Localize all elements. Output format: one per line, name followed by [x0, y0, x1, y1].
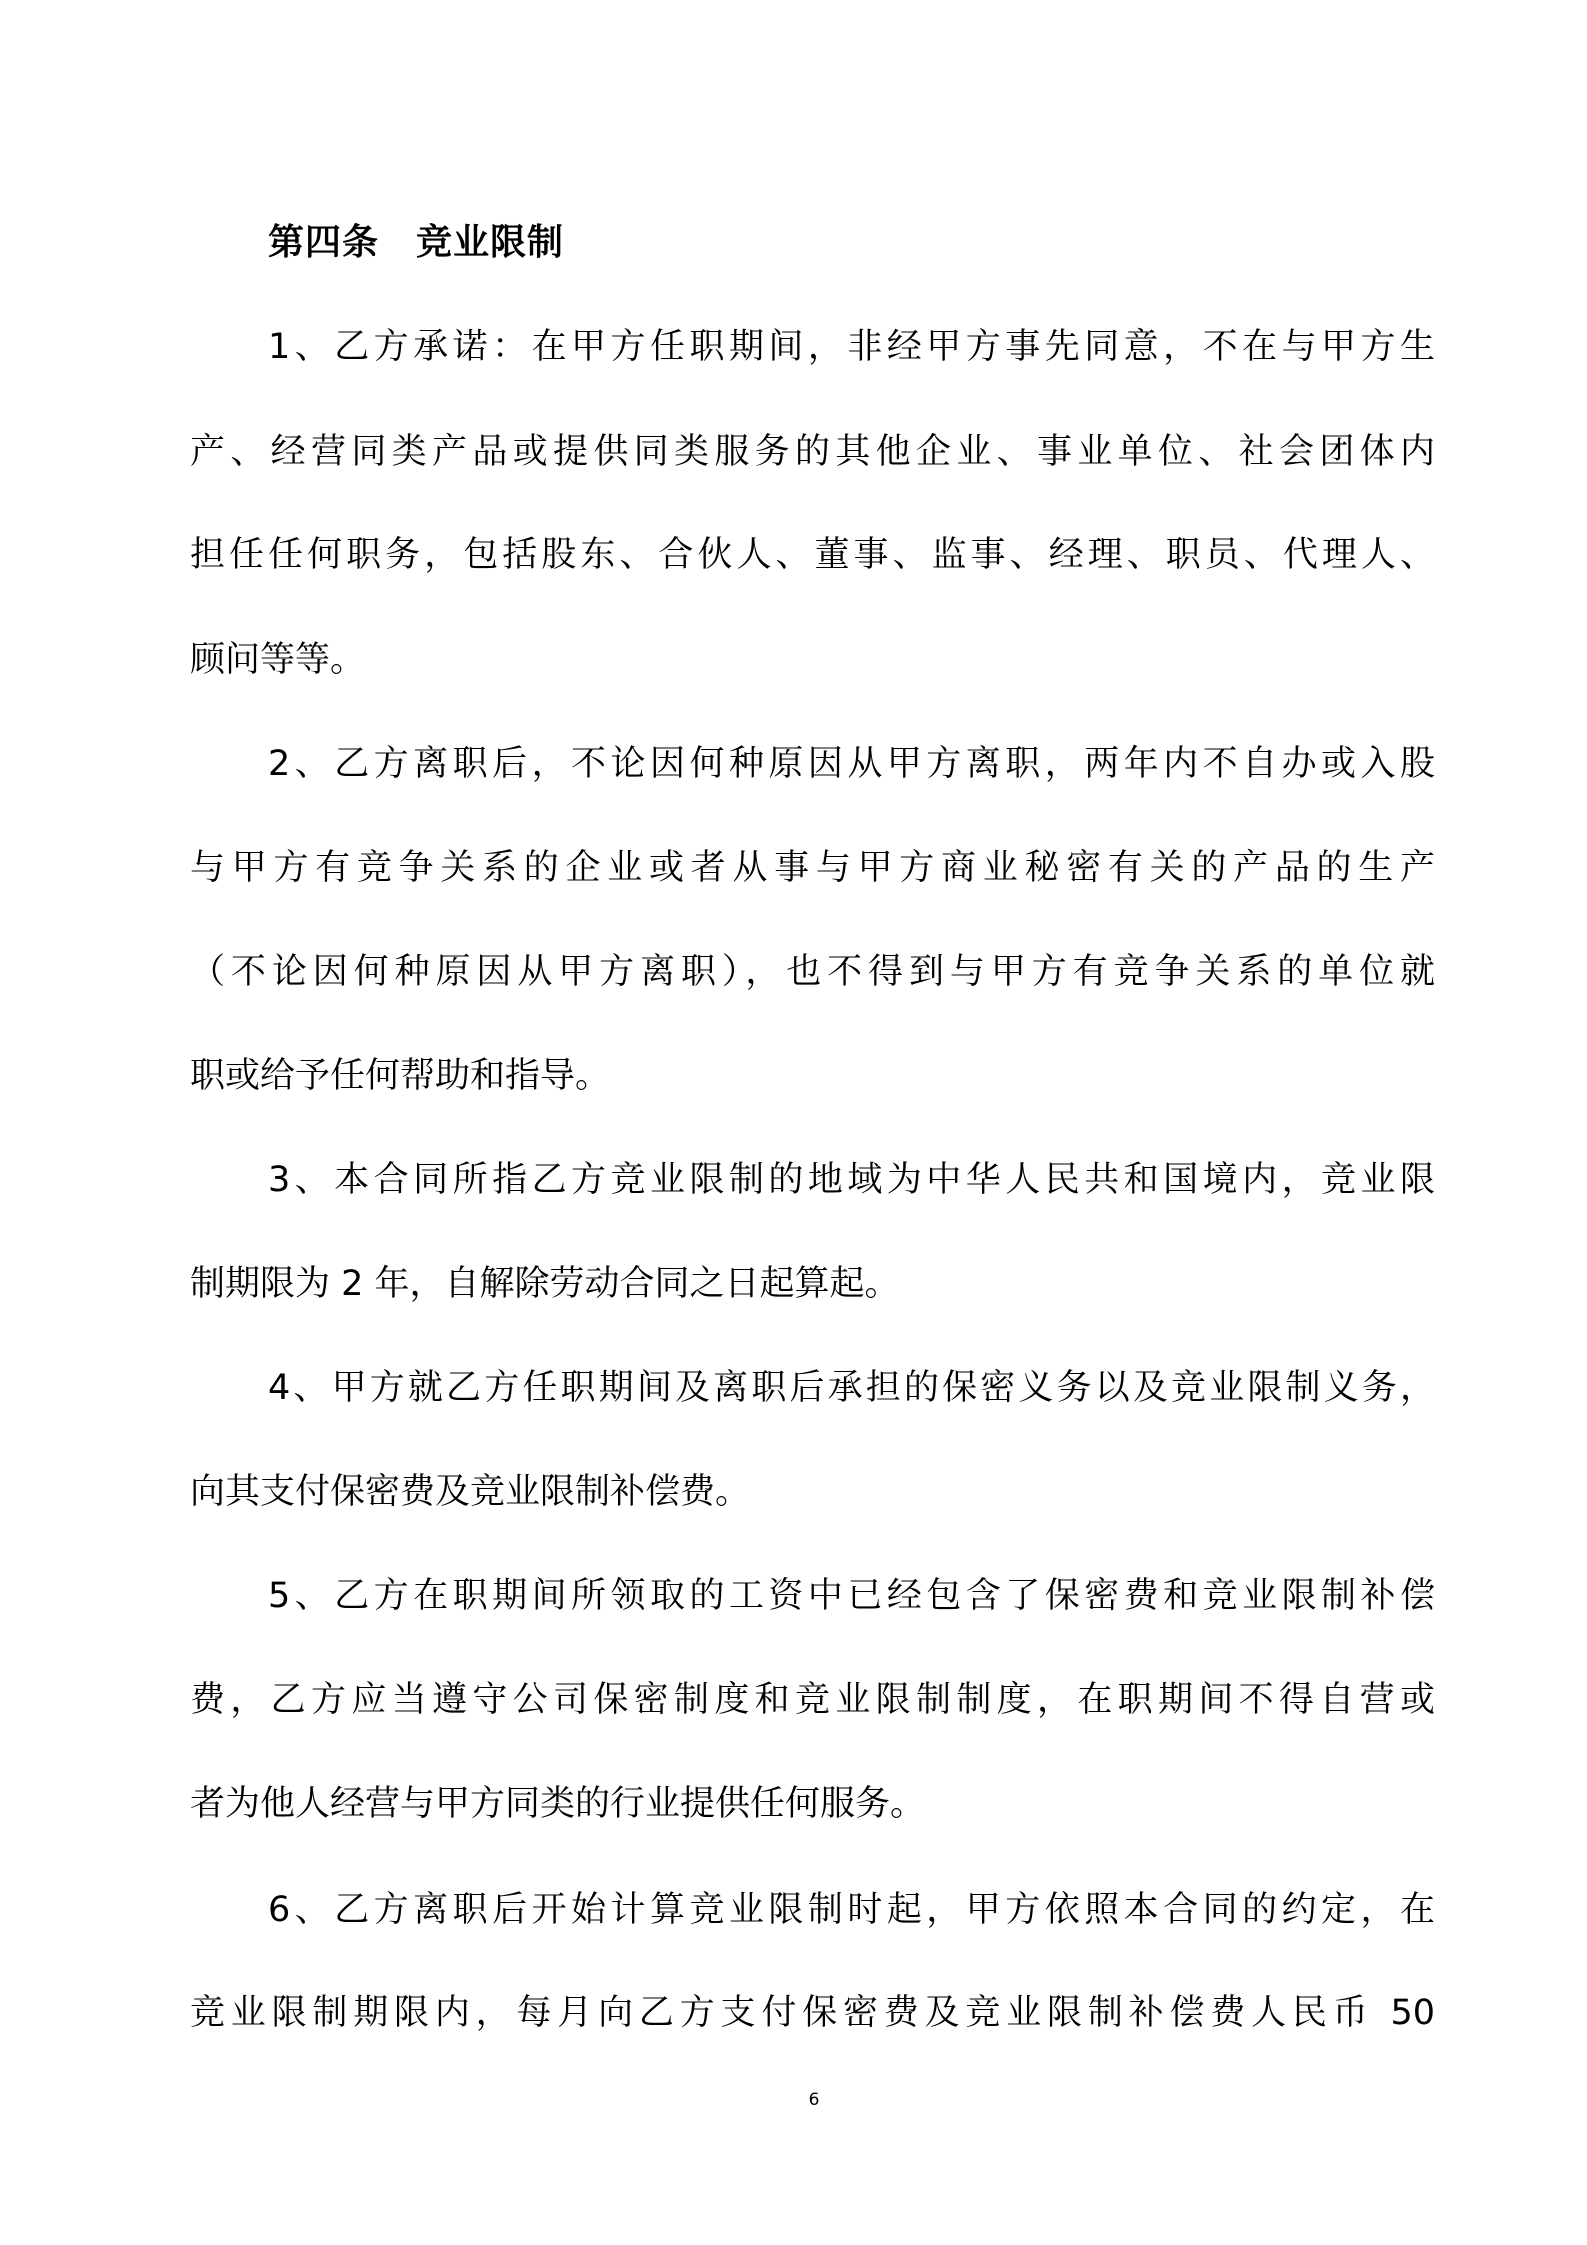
- paragraph-2-line-1: 2、乙方离职后，不论因何种原因从甲方离职，两年内不自办或入股: [268, 739, 1435, 789]
- paragraph-1-line-3: 担任任何职务，包括股东、合伙人、董事、监事、经理、职员、代理人、: [190, 530, 1435, 580]
- paragraph-5-line-1: 5、乙方在职期间所领取的工资中已经包含了保密费和竞业限制补偿: [268, 1571, 1435, 1621]
- paragraph-3-line-2: 制期限为 2 年，自解除劳动合同之日起算起。: [190, 1259, 1435, 1309]
- paragraph-3-line-1: 3、本合同所指乙方竞业限制的地域为中华人民共和国境内，竞业限: [268, 1155, 1435, 1205]
- paragraph-6-line-1: 6、乙方离职后开始计算竞业限制时起，甲方依照本合同的约定，在: [268, 1885, 1435, 1935]
- paragraph-4-line-1: 4、甲方就乙方任职期间及离职后承担的保密义务以及竞业限制义务，: [268, 1363, 1435, 1413]
- paragraph-1-line-4: 顾问等等。: [190, 635, 1435, 685]
- paragraph-5-line-3: 者为他人经营与甲方同类的行业提供任何服务。: [190, 1779, 1435, 1829]
- paragraph-1-line-1: 1、乙方承诺：在甲方任职期间，非经甲方事先同意，不在与甲方生: [268, 322, 1435, 372]
- paragraph-5-line-2: 费，乙方应当遵守公司保密制度和竞业限制制度，在职期间不得自营或: [190, 1675, 1435, 1725]
- paragraph-2-line-2: 与甲方有竞争关系的企业或者从事与甲方商业秘密有关的产品的生产: [190, 843, 1435, 893]
- paragraph-6-line-2: 竞业限制期限内，每月向乙方支付保密费及竞业限制补偿费人民币 50: [190, 1988, 1435, 2038]
- paragraph-2-line-4: 职或给予任何帮助和指导。: [190, 1051, 1435, 1101]
- paragraph-4-line-2: 向其支付保密费及竞业限制补偿费。: [190, 1467, 1435, 1517]
- section-heading: 第四条 竞业限制: [268, 218, 564, 268]
- document-page: 第四条 竞业限制 1、乙方承诺：在甲方任职期间，非经甲方事先同意，不在与甲方生 …: [0, 0, 1587, 2245]
- paragraph-2-line-3: （不论因何种原因从甲方离职），也不得到与甲方有竞争关系的单位就: [190, 947, 1435, 997]
- page-number: 6: [800, 2088, 828, 2112]
- paragraph-1-line-2: 产、经营同类产品或提供同类服务的其他企业、事业单位、社会团体内: [190, 427, 1435, 477]
